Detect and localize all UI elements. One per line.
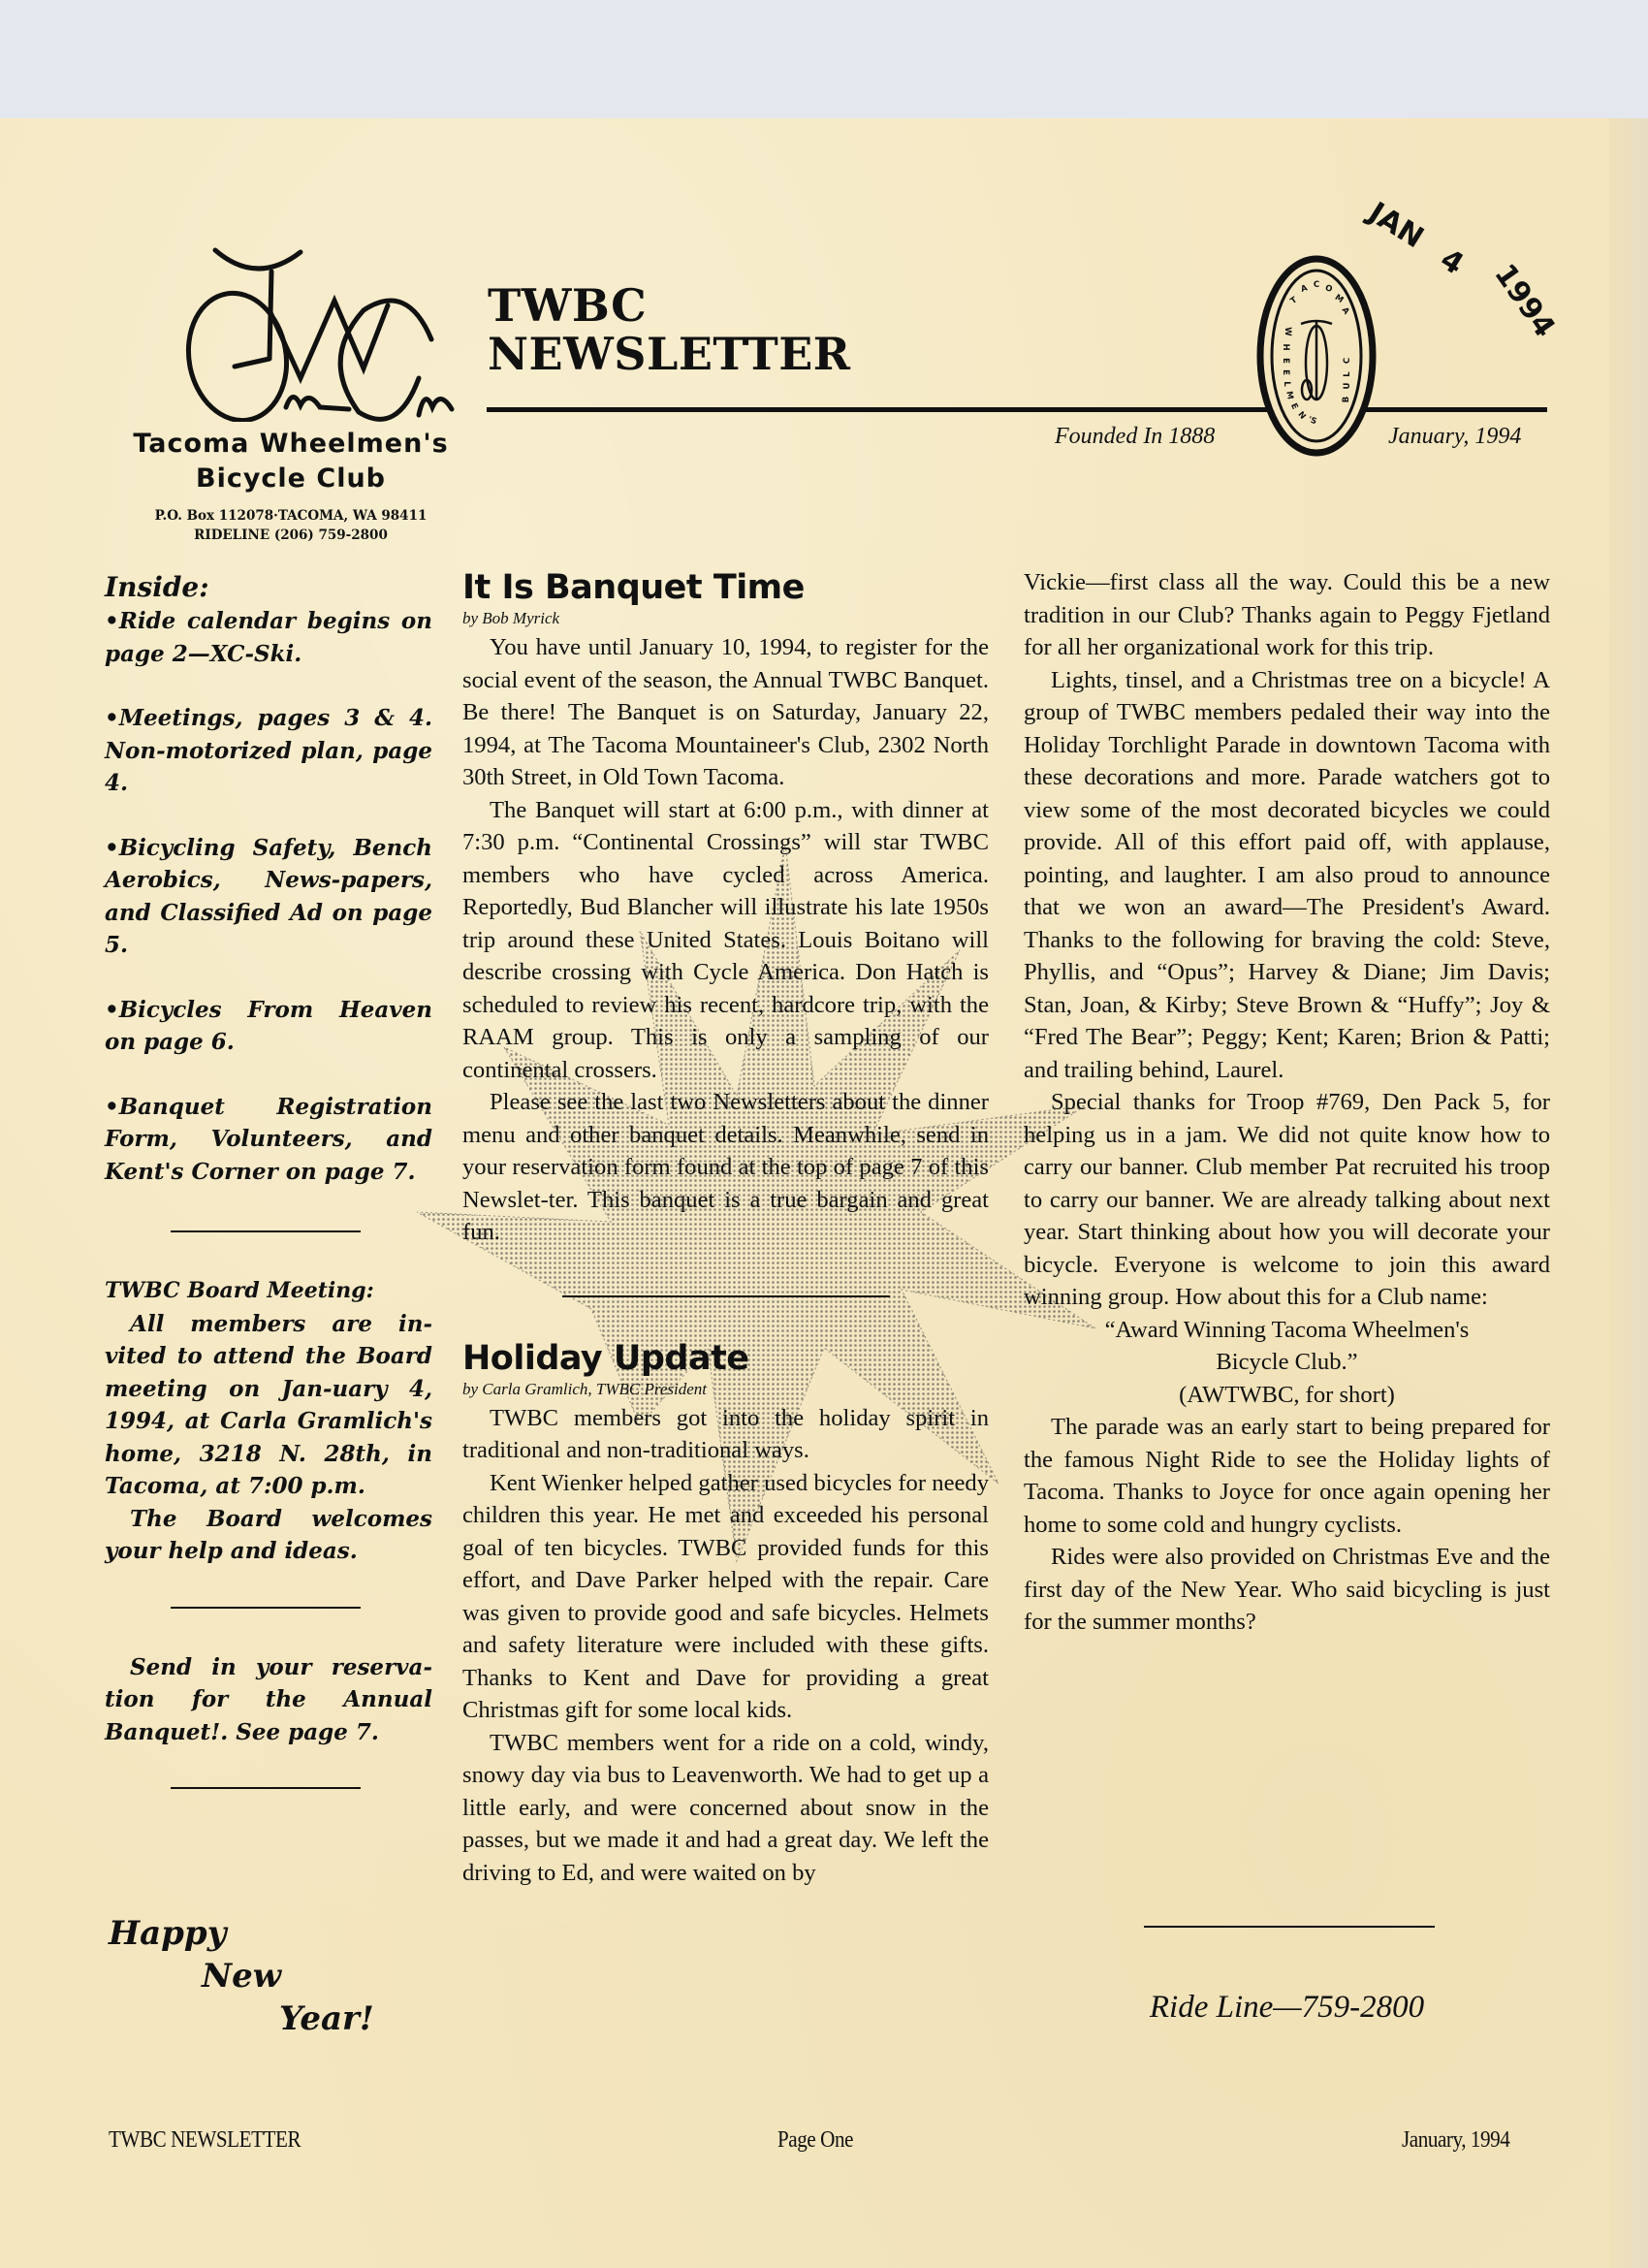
article-paragraph: You have until January 10, 1994, to regi… <box>462 631 989 794</box>
received-date-stamp: JAN 4 1994 <box>1365 194 1588 339</box>
club-name: Tacoma Wheelmen's Bicycle Club <box>107 427 475 496</box>
svg-text:H: H <box>1281 343 1290 350</box>
ride-line-divider <box>1144 1926 1435 1928</box>
stamp-year: 1994 <box>1487 258 1562 343</box>
stamp-day: 4 <box>1434 242 1469 282</box>
article-paragraph: Special thanks for Troop #769, Den Pack … <box>1024 1086 1550 1314</box>
inside-item: •Banquet Registration Form, Volunteers, … <box>105 1091 432 1189</box>
article-column-right: Vickie—first class all the way. Could th… <box>1024 566 1550 1639</box>
svg-text:L: L <box>1282 381 1291 387</box>
paper-edge <box>1609 118 1648 2268</box>
club-name-line2: Bicycle Club <box>107 462 475 496</box>
svg-text:W: W <box>1283 327 1292 336</box>
masthead-rule <box>487 407 1547 412</box>
inside-item: •Ride calendar begins on page 2—XC-Ski. <box>105 605 432 670</box>
inside-item: •Bicycling Safety, Bench Aerobics, News-… <box>105 832 432 962</box>
svg-text:C: C <box>1343 358 1352 364</box>
sidebar-divider <box>171 1787 361 1789</box>
club-name-line1: Tacoma Wheelmen's <box>107 427 475 462</box>
footer-date: January, 1994 <box>1402 2127 1509 2154</box>
proposed-club-name: “Award Winning Tacoma Wheelmen's <box>1024 1314 1550 1347</box>
article-paragraph: Kent Wienker helped gather used bicycles… <box>462 1467 989 1727</box>
article-headline: It Is Banquet Time <box>462 567 989 608</box>
stamp-month: JAN <box>1362 196 1429 255</box>
club-monogram-logo-icon <box>165 242 456 422</box>
svg-text:C: C <box>1314 280 1319 290</box>
title-line2: NEWSLETTER <box>488 330 851 378</box>
article-paragraph: The Banquet will start at 6:00 p.m., wit… <box>462 794 989 1087</box>
article-divider <box>562 1295 890 1297</box>
proposed-club-name: Bicycle Club.” <box>1024 1346 1550 1379</box>
sidebar-divider <box>171 1230 361 1232</box>
ride-line-phone: Ride Line—759-2800 <box>1024 1990 1550 2026</box>
title-line1: TWBC <box>488 281 851 330</box>
article-paragraph: Vickie—first class all the way. Could th… <box>1024 566 1550 664</box>
sidebar-divider <box>171 1607 361 1609</box>
board-meeting-body: All members are in-vited to attend the B… <box>105 1308 432 1503</box>
club-seal-icon: T A C O M A W H E E L M E N 'S C L U B <box>1256 254 1377 458</box>
board-meeting-title: TWBC Board Meeting: <box>105 1275 432 1308</box>
article-paragraph: The parade was an early start to being p… <box>1024 1411 1550 1541</box>
article-paragraph: Lights, tinsel, and a Christmas tree on … <box>1024 664 1550 1087</box>
article-headline: Holiday Update <box>462 1338 989 1379</box>
article-byline: by Carla Gramlich, TWBC President <box>462 1379 989 1400</box>
board-meeting-closing: The Board welcomes your help and ideas. <box>105 1503 432 1568</box>
svg-text:M: M <box>1284 391 1294 400</box>
article-paragraph: TWBC members got into the holiday spirit… <box>462 1402 989 1467</box>
inside-item: •Bicycles From Heaven on page 6. <box>105 994 432 1059</box>
issue-date: January, 1994 <box>1388 424 1521 450</box>
sidebar: Inside: •Ride calendar begins on page 2—… <box>105 570 432 1789</box>
article-column-middle: It Is Banquet Time by Bob Myrick You hav… <box>462 567 989 1889</box>
article-paragraph: Rides were also provided on Christmas Ev… <box>1024 1541 1550 1639</box>
new-year-greeting: Happy New Year! <box>109 1912 374 2040</box>
footer-publication: TWBC NEWSLETTER <box>109 2127 301 2154</box>
founded-text: Founded In 1888 <box>1055 424 1215 450</box>
club-address: P.O. Box 112078·TACOMA, WA 98411 <box>107 506 475 526</box>
proposed-club-acronym: (AWTWBC, for short) <box>1024 1379 1550 1412</box>
club-contact: P.O. Box 112078·TACOMA, WA 98411 RIDELIN… <box>107 506 475 545</box>
svg-text:L: L <box>1343 371 1352 377</box>
svg-text:U: U <box>1343 382 1352 389</box>
greeting-word: Year! <box>109 1997 374 2040</box>
footer-page-number: Page One <box>777 2127 853 2154</box>
article-byline: by Bob Myrick <box>462 608 989 629</box>
svg-text:E: E <box>1281 369 1290 375</box>
svg-text:B: B <box>1342 397 1351 402</box>
greeting-word: New <box>109 1955 374 1997</box>
reservation-note: Send in your reserva-tion for the Annual… <box>105 1651 432 1749</box>
inside-item: •Meetings, pages 3 & 4. Non-motorized pl… <box>105 702 432 800</box>
greeting-word: Happy <box>109 1912 374 1955</box>
club-rideline: RIDELINE (206) 759-2800 <box>107 526 475 545</box>
inside-title: Inside: <box>105 570 432 605</box>
newsletter-title: TWBC NEWSLETTER <box>488 281 851 378</box>
article-paragraph: TWBC members went for a ride on a cold, … <box>462 1727 989 1890</box>
svg-text:E: E <box>1281 358 1290 364</box>
article-paragraph: Please see the last two Newsletters abou… <box>462 1086 989 1249</box>
